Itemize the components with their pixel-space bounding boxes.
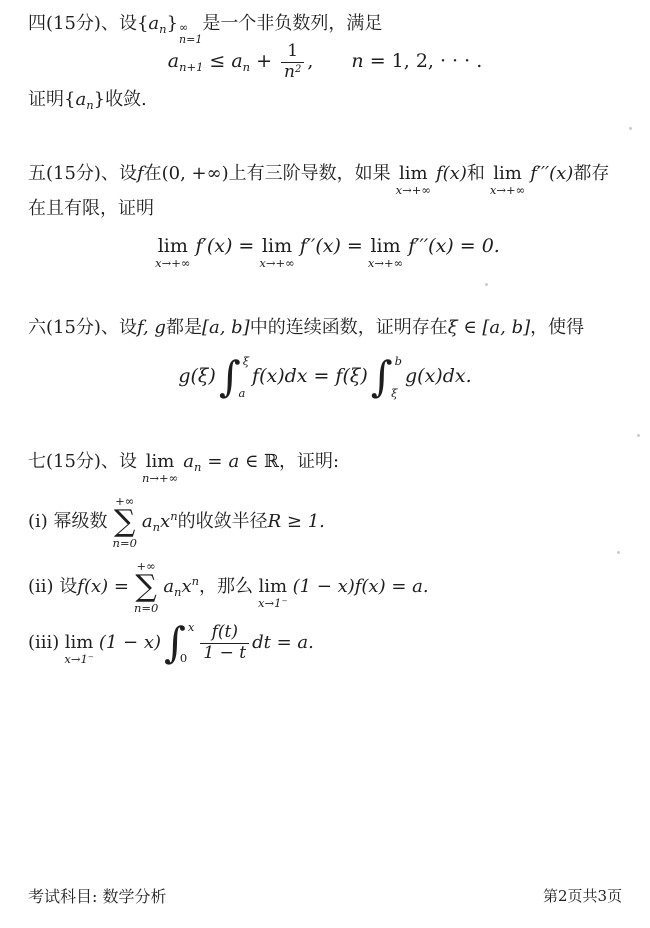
q5-zai: 在 (144, 163, 162, 184)
q5-lim-1: limx→+∞ (155, 237, 190, 270)
q7-ii-pre: (ii) 设 (28, 576, 77, 597)
q4-seq-var: a (148, 13, 159, 34)
q5-heading-pre: 五(15分)、设 (28, 163, 137, 184)
q6-gxdx: g(x)dx. (405, 365, 472, 387)
q7-int-upper: x (188, 620, 195, 635)
q4-cond-var: n (351, 50, 363, 72)
q7-int-lower: 0 (180, 651, 195, 666)
lim-word: lim (370, 237, 400, 256)
q4-tail-var: a (75, 89, 86, 110)
q4-brace-open: { (137, 13, 148, 34)
scan-speck (617, 551, 620, 554)
q4-frac-den-base: n (284, 62, 295, 82)
q5-domain: (0, +∞) (162, 163, 229, 184)
q7-integral: ∫x0 (164, 620, 194, 666)
q4-seq-var-sub: n (159, 22, 166, 36)
q5-line2: 在且有限，证明 (28, 197, 154, 220)
q6-int1-upper: ξ (243, 354, 249, 368)
q4-cond-rest: = 1, 2, · · · . (370, 50, 483, 72)
lim-word: lim (158, 237, 188, 256)
q6-gxi: g(ξ) (178, 365, 215, 387)
q6-fg: f, g (137, 317, 166, 338)
q4-rhs-var: a (231, 50, 242, 72)
q7-term-x-sup: n (170, 509, 177, 523)
q6-integral-2: ∫bξ (371, 354, 402, 400)
lim-under: x→+∞ (259, 258, 294, 270)
scan-speck (637, 434, 640, 437)
q7-i-pre: (i) 幂级数 (28, 511, 108, 532)
q5-heading: 五(15分)、设f在(0, +∞)上有三阶导数，如果limx→+∞f(x)和li… (28, 162, 609, 197)
q7-term-a: a (163, 576, 174, 597)
q4-tail: 证明{an}收敛. (28, 88, 147, 111)
q7-head-lim: limn→+∞ (142, 453, 178, 485)
lim-word: lim (259, 578, 288, 596)
q7-item-i: (i) 幂级数+∞∑n=0anxn的收敛半径R ≥ 1. (28, 495, 325, 549)
q5-f3x: f′′′(x) (530, 163, 573, 184)
q7-ii-mid: ，那么 (199, 576, 253, 597)
q7-int-limits: x0 (186, 620, 195, 666)
q7-an: a (183, 451, 194, 472)
q7-iii-mid: (1 − x) (99, 632, 161, 653)
sigma-sign: ∑ (135, 572, 156, 602)
q7-i-post: R ≥ 1. (268, 511, 325, 532)
lim-word: lim (262, 237, 292, 256)
q6-heading-post: ，使得 (530, 317, 584, 338)
q4-tail-post: 收敛. (105, 89, 147, 110)
q5-fx: f(x) (436, 163, 467, 184)
q4-heading-pre: 四(15分)、设 (28, 13, 137, 34)
q6-heading: 六(15分)、设f, g都是[a, b]中的连续函数，证明存在ξ ∈ [a, b… (28, 316, 584, 339)
q4-lhs-var: a (168, 50, 179, 72)
lim-word: lim (146, 453, 175, 471)
sum-lower: n=0 (134, 602, 158, 614)
equals-sign: = (207, 451, 222, 472)
q4-lhs-sub: n+1 (179, 60, 203, 74)
footer-subject: 考试科目: 数学分析 (28, 884, 166, 907)
q5-lim-3: limx→+∞ (368, 237, 403, 270)
q5-head-lim-1: limx→+∞ (396, 165, 431, 197)
footer-page-number: 第2页共3页 (543, 885, 622, 906)
q5-and: 和 (467, 163, 485, 184)
q7-term-a-sub: n (153, 520, 160, 534)
q7-heading-post: ，证明: (279, 451, 339, 472)
q7-heading: 七(15分)、设limn→+∞an=a ∈ ℝ，证明: (28, 450, 339, 485)
q5-mid: 上有三阶导数，如果 (229, 163, 391, 184)
q7-heading-pre: 七(15分)、设 (28, 451, 137, 472)
q7-i-mid: 的收敛半径 (178, 511, 268, 532)
q4-tail-var-sub: n (86, 98, 93, 112)
q4-fraction: 1n2 (281, 42, 304, 82)
leq-sign: ≤ (209, 50, 225, 72)
q4-tail-pre: 证明 (28, 89, 64, 110)
q6-int1-lower: a (235, 386, 249, 400)
q7-fraction: f(t)1 − t (200, 623, 249, 663)
q6-interval: [a, b] (202, 317, 250, 338)
lim-under: x→+∞ (368, 258, 403, 270)
q7-frac-num: f(t) (209, 623, 241, 643)
q7-term-x: x (181, 576, 191, 597)
q7-i-sum: +∞∑n=0 (113, 495, 137, 549)
q6-formula: g(ξ)∫ξaf(x)dx=f(ξ)∫bξg(x)dx. (0, 354, 650, 400)
equals-sign: = (314, 365, 330, 387)
q7-term-a: a (142, 511, 153, 532)
q5-line2-text: 在且有限，证明 (28, 198, 154, 219)
scan-speck (485, 283, 488, 286)
q4-comma: , (307, 50, 313, 72)
q4-brace-close: } (167, 13, 178, 34)
lim-under: x→1⁻ (258, 598, 288, 610)
q5-term-3: f′′′(x) = 0. (408, 235, 500, 257)
q7-iii-post: dt = a. (252, 632, 314, 653)
q6-heading-pre: 六(15分)、设 (28, 317, 137, 338)
q4-frac-den: n2 (281, 62, 304, 83)
sum-lower: n=0 (113, 537, 137, 549)
q4-formula: an+1≤an+1n2,n = 1, 2, · · · . (0, 42, 650, 82)
lim-under: n→+∞ (142, 473, 178, 485)
q4-frac-num: 1 (284, 42, 301, 62)
q7-a-var: a (228, 451, 239, 472)
plus-sign: + (256, 50, 272, 72)
q6-int1-limits: ξa (241, 354, 249, 400)
lim-word: lim (399, 165, 428, 183)
q7-in-r: ∈ ℝ (245, 451, 279, 472)
q7-term-x-sup: n (192, 574, 199, 588)
scan-speck (629, 127, 632, 130)
q4-seq-sup: ∞ (179, 22, 188, 34)
q7-ii-sum: +∞∑n=0 (134, 560, 158, 614)
lim-under: x→+∞ (155, 258, 190, 270)
sigma-sign: ∑ (114, 507, 135, 537)
q5-term-2: f′′(x) = (300, 235, 363, 257)
q6-int2-limits: bξ (393, 354, 402, 400)
q7-item-ii: (ii) 设f(x) =+∞∑n=0anxn，那么limx→1⁻(1 − x)f… (28, 560, 429, 614)
q4-rhs-sub: n (243, 60, 250, 74)
lim-word: lim (493, 165, 522, 183)
q5-head-lim-2: limx→+∞ (490, 165, 525, 197)
q4-tail-brace-close: } (94, 89, 105, 110)
q4-heading-post: 是一个非负数列，满足 (202, 13, 382, 34)
q6-mid2: 中的连续函数，证明存在 (250, 317, 448, 338)
q6-fxi: f(ξ) (335, 365, 367, 387)
lim-under: x→1⁻ (64, 654, 94, 666)
q5-formula: limx→+∞f′(x) =limx→+∞f′′(x) =limx→+∞f′′′… (0, 235, 650, 270)
q7-ii-lim: limx→1⁻ (258, 578, 288, 610)
q6-int2-lower: ξ (387, 386, 402, 400)
q4-heading: 四(15分)、设{an}∞n=1是一个非负数列，满足 (28, 12, 382, 45)
lim-word: lim (65, 634, 94, 652)
q6-int2-upper: b (395, 354, 402, 368)
q6-xi-in: ξ ∈ [a, b] (448, 317, 530, 338)
q6-fxdx: f(x)dx (252, 365, 307, 387)
q7-frac-den: 1 − t (200, 643, 249, 664)
q7-iii-pre: (iii) (28, 632, 59, 653)
q7-item-iii: (iii)limx→1⁻(1 − x)∫x0f(t)1 − tdt = a. (28, 620, 314, 666)
q4-frac-den-exp: 2 (295, 64, 301, 75)
exam-page: 四(15分)、设{an}∞n=1是一个非负数列，满足 an+1≤an+1n2,n… (0, 0, 650, 928)
q7-ii-fx: f(x) = (77, 576, 129, 597)
q6-integral-1: ∫ξa (219, 354, 249, 400)
q7-iii-lim: limx→1⁻ (64, 634, 94, 666)
q6-mid1: 都是 (166, 317, 202, 338)
q5-heading-post: 都存 (573, 163, 609, 184)
q5-term-1: f′(x) = (195, 235, 254, 257)
q5-lim-2: limx→+∞ (259, 237, 294, 270)
q7-ii-post: (1 − x)f(x) = a. (293, 576, 429, 597)
q7-term-x: x (160, 511, 170, 532)
q5-f-var: f (137, 163, 144, 184)
lim-under: x→+∞ (396, 185, 431, 197)
q4-tail-brace-open: { (64, 89, 75, 110)
q7-an-sub: n (194, 460, 201, 474)
lim-under: x→+∞ (490, 185, 525, 197)
